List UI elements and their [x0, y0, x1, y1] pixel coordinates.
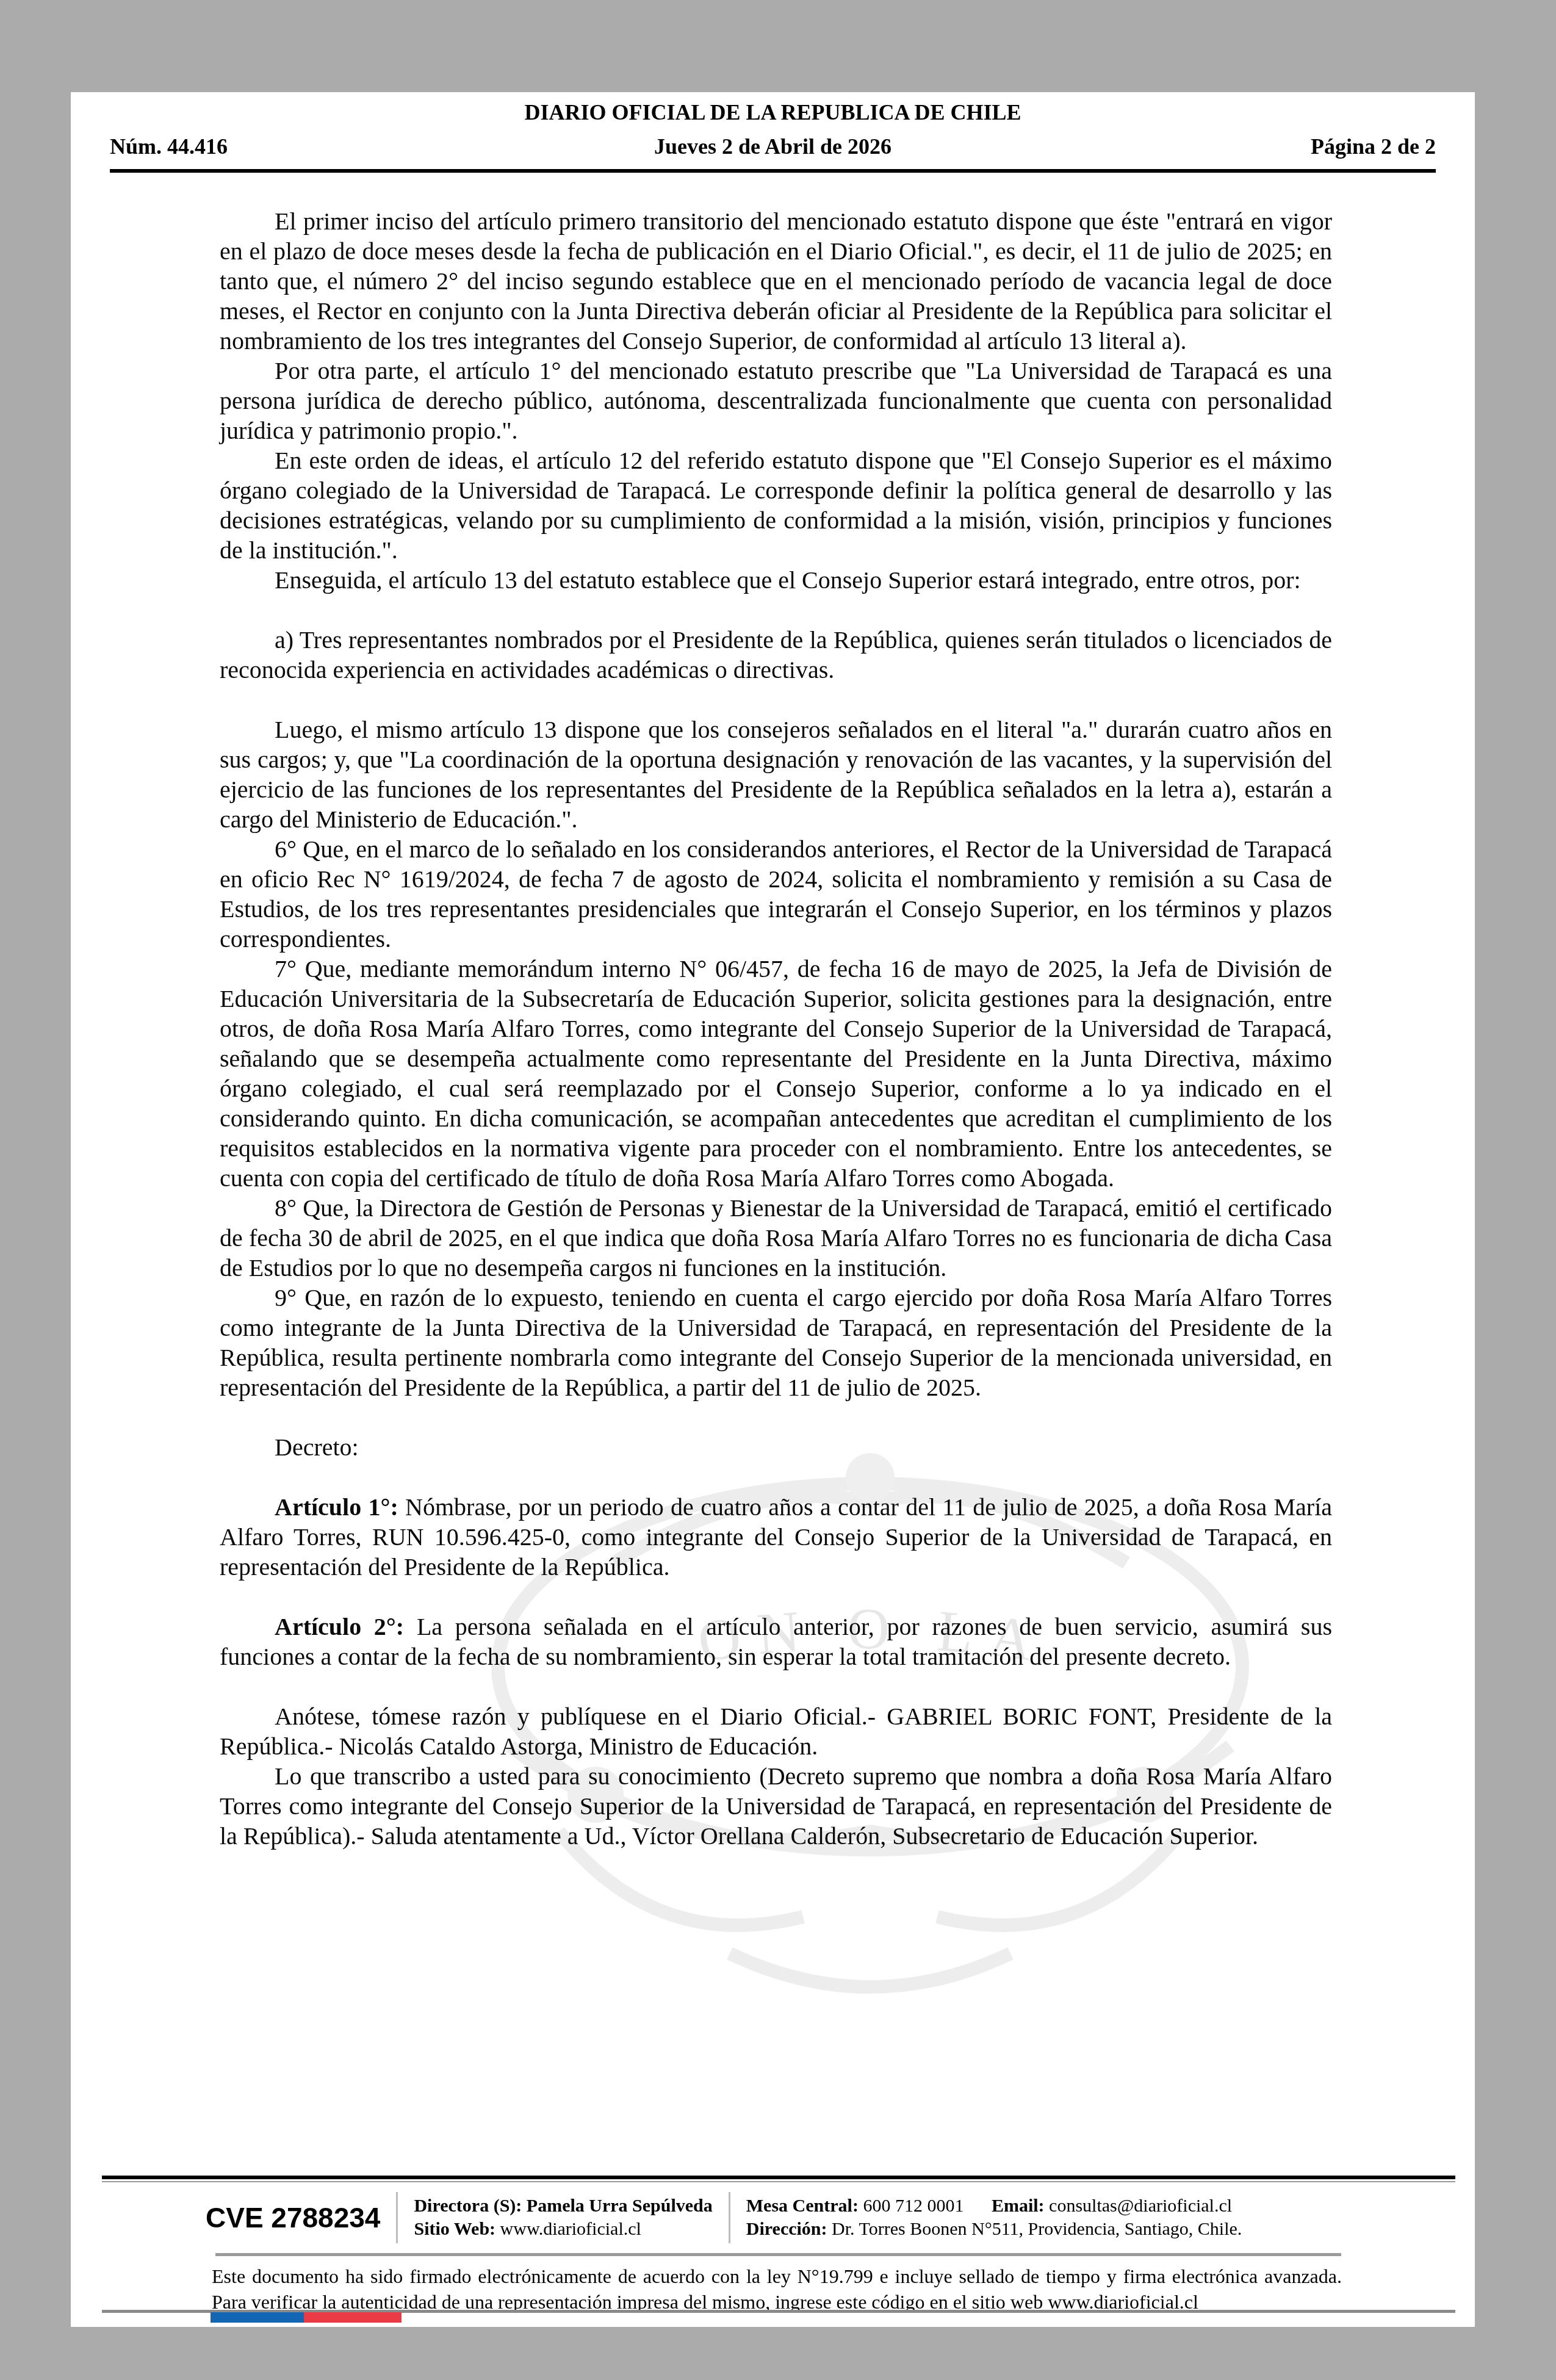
phone-value: 600 712 0001: [863, 2196, 963, 2216]
masthead-rule: [110, 169, 1436, 173]
body-paragraph-considerando-7: 7° Que, mediante memorándum interno N° 0…: [220, 954, 1332, 1193]
flag-blue-block: [211, 2312, 304, 2323]
footer-director-column: Directora (S): Pamela Urra Sepúlveda Sit…: [414, 2194, 712, 2241]
body-paragraph: El primer inciso del artículo primero tr…: [220, 206, 1332, 356]
document-body: El primer inciso del artículo primero tr…: [220, 206, 1332, 1851]
body-paragraph-considerando-9: 9° Que, en razón de lo expuesto, teniend…: [220, 1283, 1332, 1402]
body-paragraph-literal-a: a) Tres representantes nombrados por el …: [220, 625, 1332, 685]
body-paragraph-articulo-2: Artículo 2°: La persona señalada en el a…: [220, 1612, 1332, 1671]
masthead-row: Núm. 44.416 Jueves 2 de Abril de 2026 Pá…: [110, 134, 1436, 159]
body-paragraph-considerando-6: 6° Que, en el marco de lo señalado en lo…: [220, 834, 1332, 954]
website-label: Sitio Web:: [414, 2219, 495, 2239]
issue-date: Jueves 2 de Abril de 2026: [110, 134, 1436, 159]
director-name: Pamela Urra Sepúlveda: [527, 2196, 713, 2216]
masthead-title: DIARIO OFICIAL DE LA REPUBLICA DE CHILE: [71, 99, 1475, 125]
article-2-lead: Artículo 2°:: [275, 1613, 404, 1640]
footer-divider: [729, 2192, 730, 2243]
article-1-lead: Artículo 1°:: [275, 1493, 398, 1521]
footer-divider: [396, 2192, 398, 2243]
signature-disclaimer: Este documento ha sido firmado electróni…: [212, 2263, 1342, 2315]
chile-flag-bar: [211, 2312, 402, 2323]
website-value: www.diarioficial.cl: [500, 2219, 641, 2239]
footer-contact-column: Mesa Central: 600 712 0001 Email: consul…: [746, 2194, 1242, 2241]
cve-code: CVE 2788234: [206, 2201, 380, 2234]
page-footer: CVE 2788234 Directora (S): Pamela Urra S…: [71, 2176, 1475, 2315]
body-paragraph-anotese: Anótese, tómese razón y publíquese en el…: [220, 1701, 1332, 1761]
footer-top-rule-shadow: [102, 2181, 1455, 2182]
phone-label: Mesa Central:: [746, 2196, 859, 2216]
body-paragraph-considerando-8: 8° Que, la Directora de Gestión de Perso…: [220, 1193, 1332, 1283]
body-paragraph: En este orden de ideas, el artículo 12 d…: [220, 445, 1332, 565]
cve-row: CVE 2788234 Directora (S): Pamela Urra S…: [206, 2192, 1475, 2243]
body-paragraph-transcribo: Lo que transcribo a usted para su conoci…: [220, 1761, 1332, 1851]
email-label: Email:: [992, 2196, 1045, 2216]
decreto-heading: Decreto:: [220, 1432, 1332, 1462]
document-page: ON O LA DIARIO OFICIAL DE LA REPUBLICA D…: [71, 92, 1475, 2327]
footer-mid-rule: [215, 2253, 1341, 2256]
director-label: Directora (S):: [414, 2196, 522, 2216]
page-indicator: Página 2 de 2: [1311, 134, 1436, 159]
body-paragraph: Enseguida, el artículo 13 del estatuto e…: [220, 565, 1332, 595]
body-paragraph-articulo-1: Artículo 1°: Nómbrase, por un periodo de…: [220, 1492, 1332, 1582]
address-label: Dirección:: [746, 2219, 827, 2239]
body-paragraph: Luego, el mismo artículo 13 dispone que …: [220, 715, 1332, 834]
email-value: consultas@diarioficial.cl: [1049, 2196, 1232, 2216]
footer-top-rule: [102, 2176, 1455, 2179]
address-value: Dr. Torres Boonen N°511, Providencia, Sa…: [832, 2219, 1242, 2239]
body-paragraph: Por otra parte, el artículo 1° del menci…: [220, 356, 1332, 445]
flag-red-block: [304, 2312, 402, 2323]
issue-number: Núm. 44.416: [110, 134, 228, 159]
